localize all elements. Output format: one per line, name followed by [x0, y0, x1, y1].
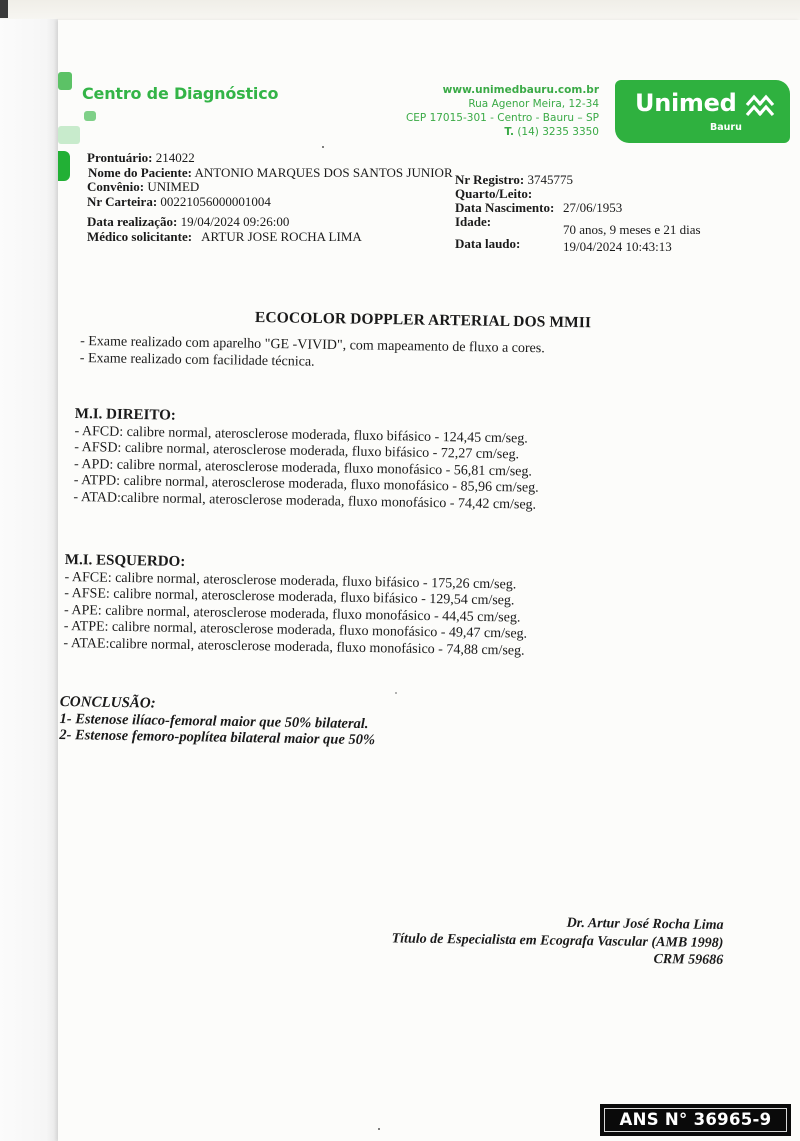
field-registro: Nr Registro: 3745775	[455, 173, 573, 187]
value: 19/04/2024 09:26:00	[181, 214, 290, 229]
website-link[interactable]: www.unimedbauru.com.br	[406, 83, 599, 97]
scan-background	[0, 0, 800, 20]
logo-name: Unimed	[635, 89, 736, 117]
field-patient-name: Nome do Paciente: ANTONIO MARQUES DOS SA…	[87, 166, 453, 181]
label: Nome do Paciente:	[88, 165, 192, 180]
label: Idade:	[455, 214, 491, 229]
brand-title: Centro de Diagnóstico	[82, 84, 278, 103]
value: UNIMED	[147, 179, 199, 194]
field-idade: Idade:70 anos, 9 meses e 21 dias	[455, 215, 573, 237]
signature-block: Dr. Artur José Rocha Lima Título de Espe…	[392, 912, 724, 969]
value: ANTONIO MARQUES DOS SANTOS JUNIOR	[195, 165, 453, 180]
label: Prontuário:	[87, 150, 152, 165]
phone-label: T.	[504, 126, 514, 138]
section-conclusion: CONCLUSÃO: 1- Estenose ilíaco-femoral ma…	[59, 694, 376, 749]
value: 19/04/2024 10:43:13	[563, 240, 672, 254]
label: Nr Carteira:	[87, 194, 157, 209]
scan-speck	[322, 146, 324, 148]
label: Data realização:	[87, 214, 177, 229]
field-prontuario: Prontuário: 214022	[87, 151, 453, 166]
field-nascimento: Data Nascimento:27/06/1953	[455, 201, 573, 215]
report-intro: - Exame realizado com aparelho "GE -VIVI…	[80, 333, 545, 374]
scan-edge	[0, 0, 8, 18]
field-carteira: Nr Carteira: 00221056000001004	[87, 195, 453, 210]
patient-info-right: Nr Registro: 3745775 Quarto/Leito: Data …	[455, 173, 573, 251]
label: Nr Registro:	[455, 172, 524, 187]
address: Rua Agenor Meira, 12-34	[406, 97, 599, 111]
value: 00221056000001004	[160, 194, 271, 209]
contact-block: www.unimedbauru.com.br Rua Agenor Meira,…	[406, 83, 599, 139]
label: Quarto/Leito:	[455, 186, 532, 201]
label: Data laudo:	[455, 236, 520, 251]
label: Data Nascimento:	[455, 200, 554, 215]
phone-number: (14) 3235 3350	[517, 126, 599, 138]
field-data-realizacao: Data realização: 19/04/2024 09:26:00	[87, 215, 453, 230]
section-left-limb: M.I. ESQUERDO: - AFCE: calibre normal, a…	[63, 552, 528, 660]
logo-city: Bauru	[710, 122, 742, 133]
cep-line: CEP 17015-301 - Centro - Bauru – SP	[406, 111, 599, 125]
decorative-square	[58, 72, 72, 90]
ans-number: ANS N° 36965-9	[604, 1108, 787, 1132]
field-quarto: Quarto/Leito:	[455, 187, 573, 201]
ans-badge: ANS N° 36965-9	[600, 1104, 791, 1136]
field-medico: Médico solicitante: ARTUR JOSE ROCHA LIM…	[87, 230, 453, 245]
field-convenio: Convênio: UNIMED	[87, 180, 453, 195]
scan-speck	[395, 692, 397, 694]
value: ARTUR JOSE ROCHA LIMA	[201, 229, 362, 244]
value: 214022	[156, 150, 195, 165]
patient-info-left: Prontuário: 214022 Nome do Paciente: ANT…	[87, 151, 453, 244]
decorative-tab	[58, 151, 70, 181]
value: 3745775	[527, 172, 573, 187]
section-right-limb: M.I. DIREITO: - AFCD: calibre normal, at…	[73, 406, 540, 514]
underlying-page	[0, 19, 58, 1141]
decorative-square	[58, 126, 80, 144]
unimed-tree-icon	[745, 93, 775, 119]
scan-speck	[378, 1128, 380, 1130]
label: Médico solicitante:	[87, 229, 192, 244]
unimed-logo: Unimed Bauru	[615, 80, 790, 143]
field-data-laudo: Data laudo:19/04/2024 10:43:13	[455, 237, 573, 251]
phone: T. (14) 3235 3350	[406, 125, 599, 139]
value: 70 anos, 9 meses e 21 dias	[563, 223, 701, 237]
value: 27/06/1953	[563, 201, 622, 215]
label: Convênio:	[87, 179, 144, 194]
decorative-square	[84, 111, 96, 121]
